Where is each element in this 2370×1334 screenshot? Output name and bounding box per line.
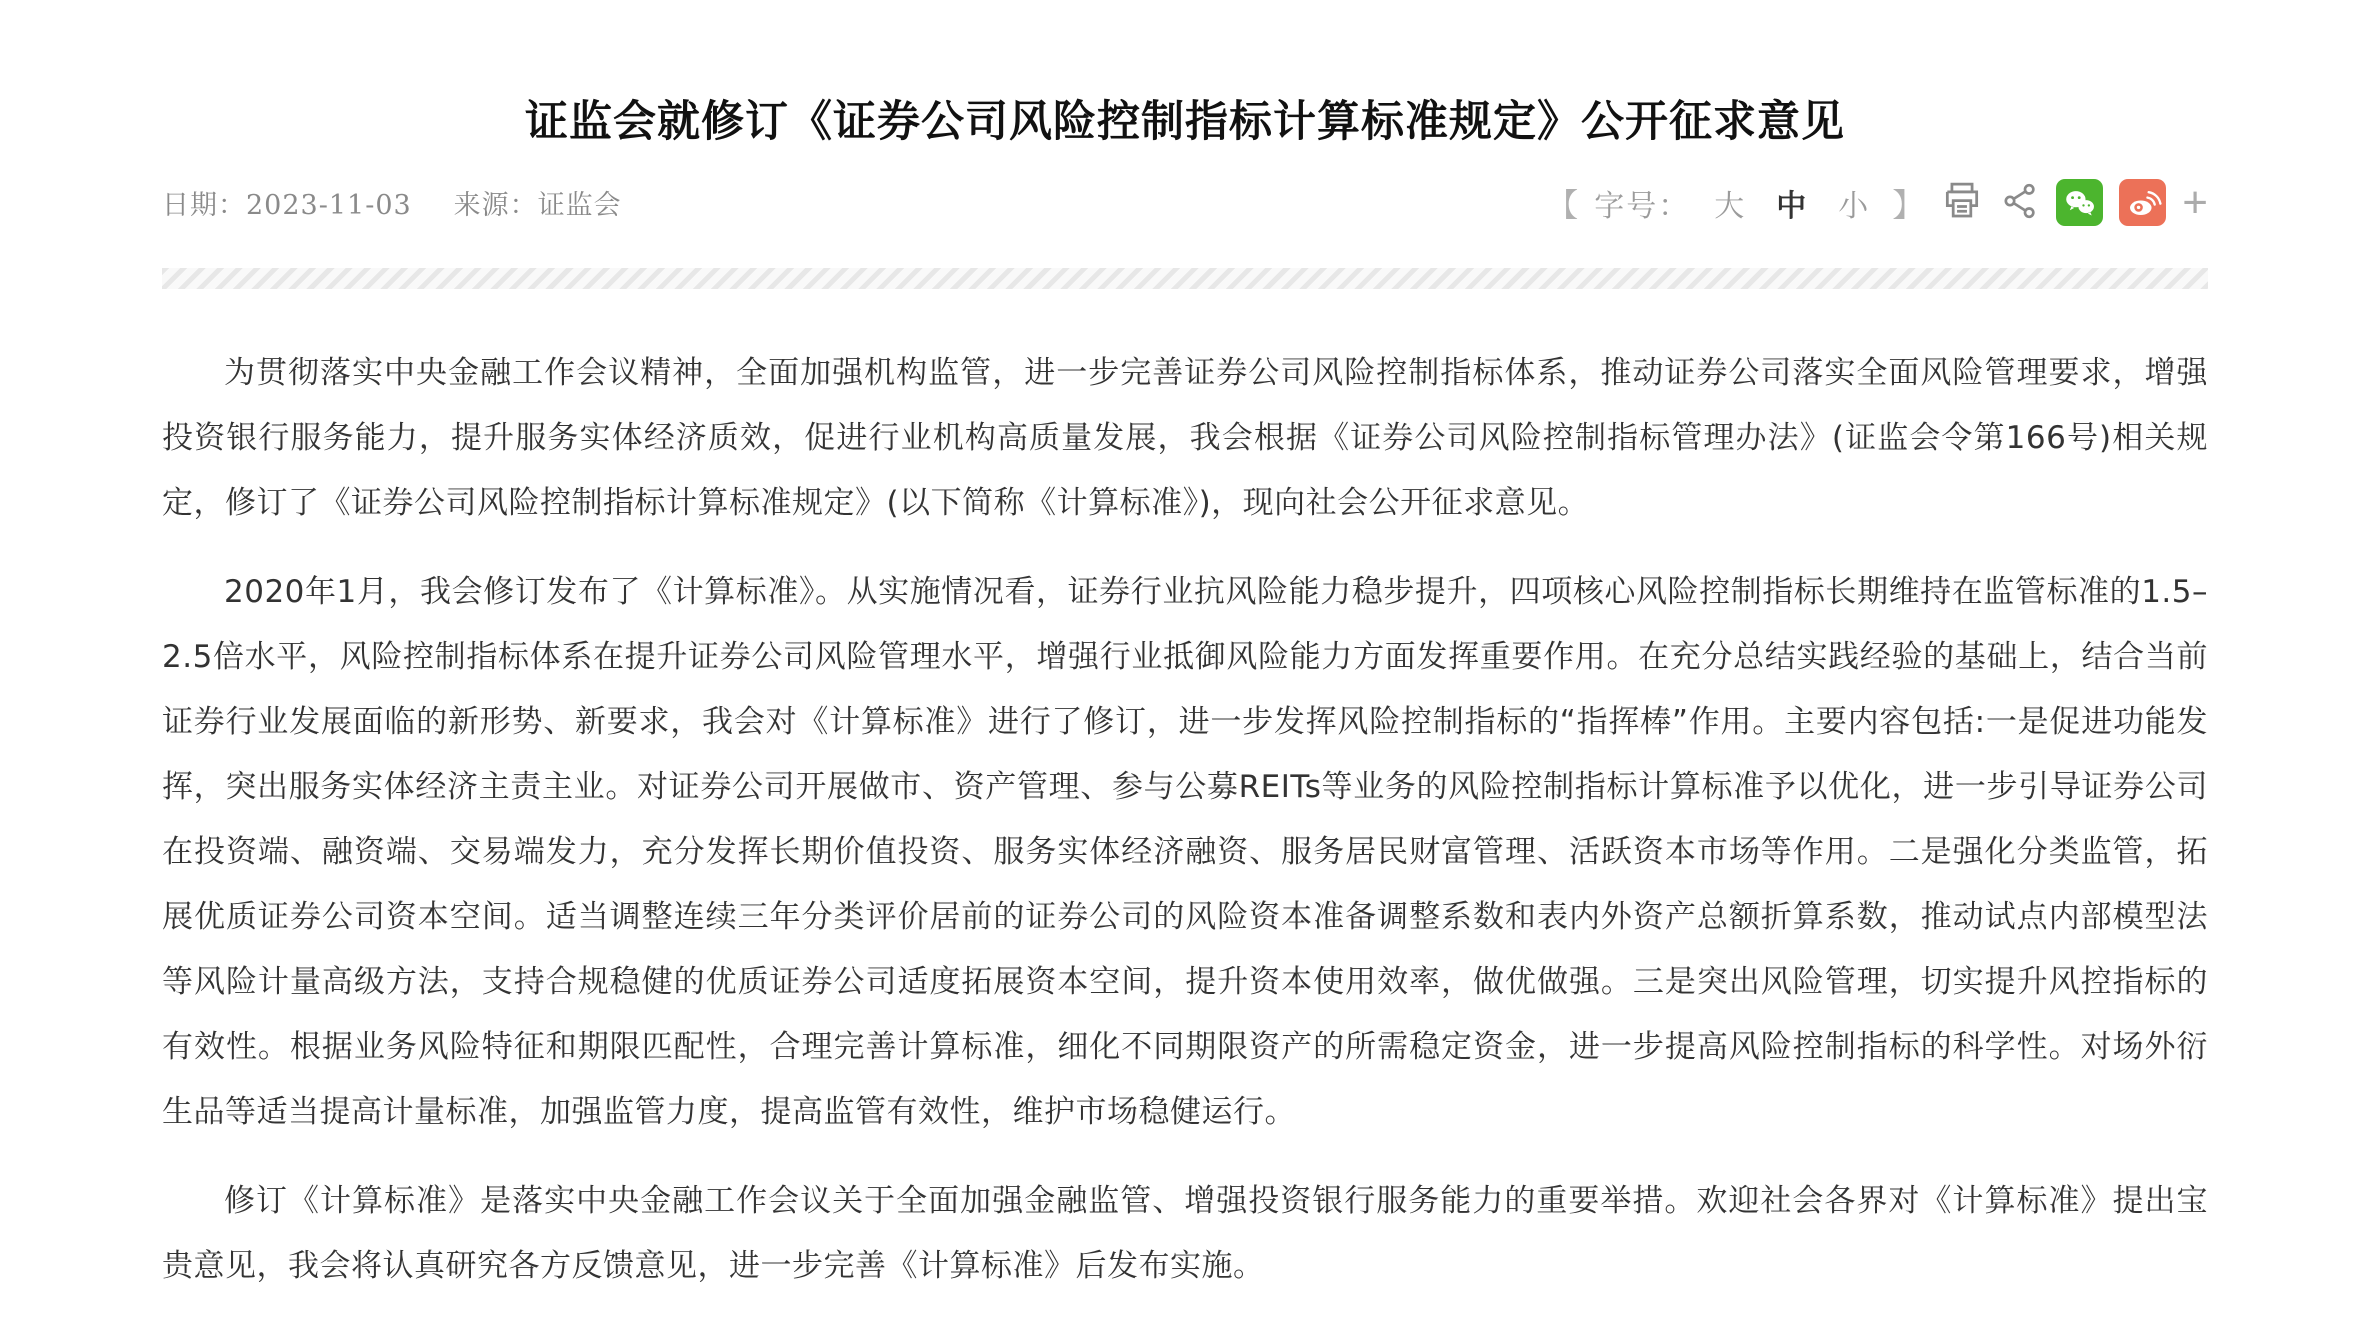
paragraph-2: 2020年1月，我会修订发布了《计算标准》。从实施情况看，证券行业抗风险能力稳步… [162, 560, 2208, 1145]
source-label: 来源： [454, 190, 538, 221]
fontsize-bracket-open: 【 [1546, 180, 1578, 226]
more-share-button[interactable]: + [2182, 181, 2208, 225]
source-value: 证监会 [538, 190, 622, 221]
article-body: 为贯彻落实中央金融工作会议精神，全面加强机构监管，进一步完善证券公司风险控制指标… [162, 341, 2208, 1299]
date-label: 日期： [162, 190, 246, 221]
printer-icon [1940, 179, 1984, 226]
wechat-icon [2056, 179, 2103, 226]
meta-row: 日期：2023-11-03来源：证监会 【 字号： 大 中 小 】 [162, 179, 2208, 226]
article-toolbar: 【 字号： 大 中 小 】 [1546, 179, 2208, 226]
paragraph-3: 修订《计算标准》是落实中央金融工作会议关于全面加强金融监管、增强投资银行服务能力… [162, 1169, 2208, 1299]
article-meta: 日期：2023-11-03来源：证监会 [162, 183, 622, 222]
share-button[interactable] [2000, 181, 2040, 224]
hatched-divider [162, 268, 2208, 289]
article-page: 证监会就修订《证券公司风险控制指标计算标准规定》公开征求意见 日期：2023-1… [0, 0, 2370, 1334]
font-size-large[interactable]: 大 [1714, 181, 1744, 225]
weibo-icon [2119, 179, 2166, 226]
fontsize-bracket-close: 】 [1892, 180, 1924, 226]
print-button[interactable] [1940, 179, 1984, 226]
font-size-small[interactable]: 小 [1838, 181, 1868, 225]
share-icon [2000, 181, 2040, 224]
fontsize-label: 字号： [1594, 181, 1690, 225]
date-value: 2023-11-03 [246, 190, 412, 221]
weibo-share-button[interactable] [2119, 179, 2166, 226]
page-title: 证监会就修订《证券公司风险控制指标计算标准规定》公开征求意见 [162, 0, 2208, 149]
wechat-share-button[interactable] [2056, 179, 2103, 226]
font-size-medium[interactable]: 中 [1776, 181, 1806, 225]
paragraph-1: 为贯彻落实中央金融工作会议精神，全面加强机构监管，进一步完善证券公司风险控制指标… [162, 341, 2208, 536]
